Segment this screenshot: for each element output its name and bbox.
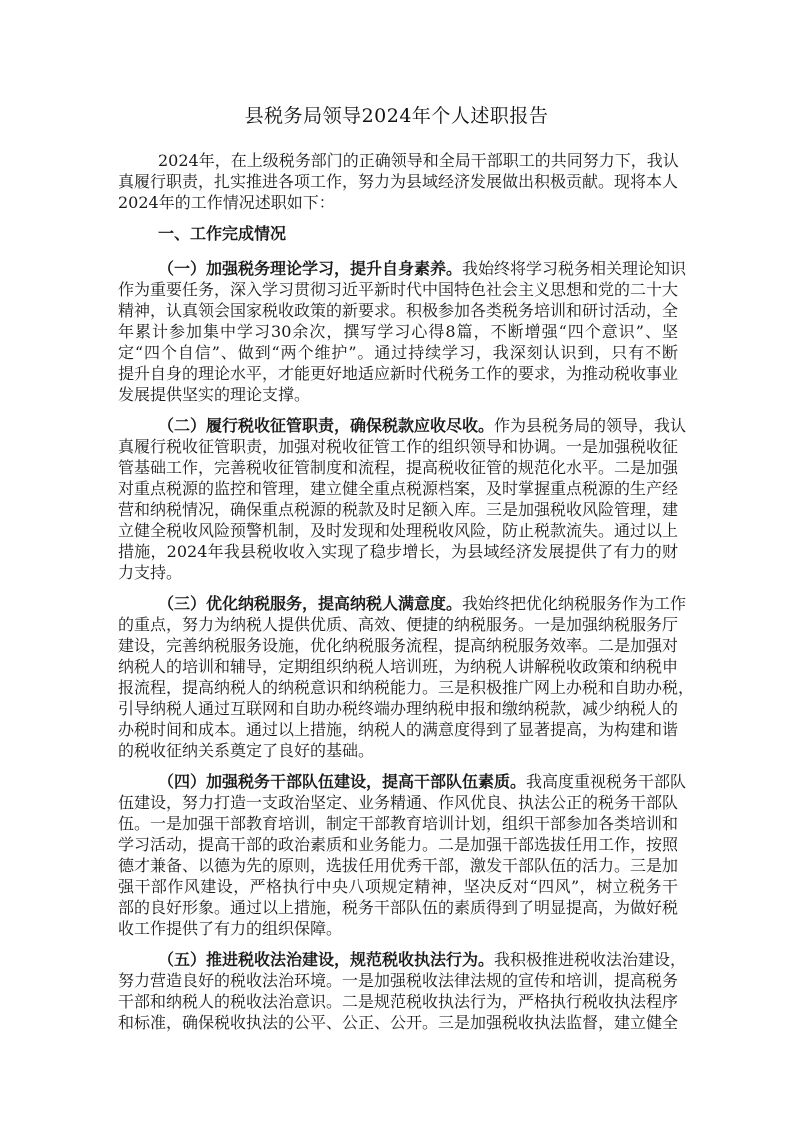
item-heading: （一）加强税务理论学习，提升自身素养。: [158, 259, 462, 278]
text-line: 年累计参加集中学习30余次，撰写学习心得8篇，不断增强“四个意识”、坚: [118, 321, 678, 342]
text-line: （四）加强税务干部队伍建设，提高干部队伍素质。我高度重视税务干部队: [118, 771, 678, 792]
text-line: 纳税人的培训和辅导，定期组织纳税人培训班，为纳税人讲解税收政策和纳税申: [118, 656, 678, 677]
text-line: 力支持。: [118, 562, 678, 583]
item-paragraph-3: （三）优化纳税服务，提高纳税人满意度。我始终把优化纳税服务作为工作 的重点，努力…: [118, 593, 678, 761]
text-line: 管基础工作，完善税收征管制度和流程，提高税收征管的规范化水平。二是加强: [118, 457, 678, 478]
item-text: 我高度重视税务干部队: [526, 772, 686, 791]
text-line: 强干部作风建设，严格执行中央八项规定精神，坚决反对“四风”，树立税务干: [118, 876, 678, 897]
document-body: 2024年，在上级税务部门的正确领导和全局干部职工的共同努力下，我认 真履行职责…: [118, 150, 678, 1043]
text-line: 2024年，在上级税务部门的正确领导和全局干部职工的共同努力下，我认: [118, 150, 678, 171]
text-line: 学习活动，提高干部的政治素质和业务能力。二是加强干部选拔任用工作，按照: [118, 834, 678, 855]
text-line: 2024年的工作情况述职如下：: [118, 192, 678, 213]
item-text: 作为县税务局的领导，我认: [494, 416, 686, 435]
item-paragraph-2: （二）履行税收征管职责，确保税款应收尽收。作为县税务局的领导，我认 真履行税收征…: [118, 415, 678, 583]
intro-paragraph: 2024年，在上级税务部门的正确领导和全局干部职工的共同努力下，我认 真履行职责…: [118, 150, 678, 213]
text-line: 办税时间和成本。通过以上措施，纳税人的满意度得到了显著提高，为构建和谐: [118, 719, 678, 740]
text-line: 努力营造良好的税收法治环境。一是加强税收法律法规的宣传和培训，提高税务: [118, 970, 678, 991]
text-line: 真履行职责，扎实推进各项工作，努力为县域经济发展做出积极贡献。现将本人: [118, 171, 678, 192]
text-line: 对重点税源的监控和管理，建立健全重点税源档案，及时掌握重点税源的生产经: [118, 478, 678, 499]
text-line: 立健全税收风险预警机制，及时发现和处理税收风险，防止税款流失。通过以上: [118, 520, 678, 541]
text-line: 德才兼备、以德为先的原则，选拔任用优秀干部，激发干部队伍的活力。三是加: [118, 855, 678, 876]
text-line: （三）优化纳税服务，提高纳税人满意度。我始终把优化纳税服务作为工作: [118, 593, 678, 614]
text-line: 报流程，提高纳税人的纳税意识和纳税能力。三是积极推广网上办税和自助办税，: [118, 677, 678, 698]
text-line: 提升自身的理论水平，才能更好地适应新时代税务工作的要求，为推动税收事业: [118, 363, 678, 384]
item-paragraph-1: （一）加强税务理论学习，提升自身素养。我始终将学习税务相关理论知识 作为重要任务…: [118, 258, 678, 405]
section-heading: 一、工作完成情况: [118, 223, 678, 244]
item-paragraph-4: （四）加强税务干部队伍建设，提高干部队伍素质。我高度重视税务干部队 伍建设，努力…: [118, 771, 678, 939]
text-line: 措施，2024年我县税收收入实现了稳步增长，为县域经济发展提供了有力的财: [118, 541, 678, 562]
text-line: 的重点，努力为纳税人提供优质、高效、便捷的纳税服务。一是加强纳税服务厅: [118, 614, 678, 635]
text-line: 营和纳税情况，确保重点税源的税款及时足额入库。三是加强税收风险管理，建: [118, 499, 678, 520]
text-line: 精神，认真领会国家税收政策的新要求。积极参加各类税务培训和研讨活动，全: [118, 300, 678, 321]
item-text: 我始终将学习税务相关理论知识: [462, 259, 686, 278]
text-line: 干部和纳税人的税收法治意识。二是规范税收执法行为，严格执行税收执法程序: [118, 991, 678, 1012]
document-title: 县税务局领导2024年个人述职报告: [0, 104, 793, 128]
item-text: 我始终把优化纳税服务作为工作: [462, 594, 686, 613]
text-line: 和标准，确保税收执法的公平、公正、公开。三是加强税收执法监督，建立健全: [118, 1012, 678, 1033]
text-line: 定“四个自信”、做到“两个维护”。通过持续学习，我深刻认识到，只有不断: [118, 342, 678, 363]
item-paragraph-5: （五）推进税收法治建设，规范税收执法行为。我积极推进税收法治建设， 努力营造良好…: [118, 949, 678, 1033]
item-heading: （五）推进税收法治建设，规范税收执法行为。: [158, 950, 494, 969]
text-line: 收工作提供了有力的组织保障。: [118, 918, 678, 939]
item-text: 我积极推进税收法治建设，: [494, 950, 686, 969]
text-line: 部的良好形象。通过以上措施，税务干部队伍的素质得到了明显提高，为做好税: [118, 897, 678, 918]
text-line: 伍。一是加强干部教育培训，制定干部教育培训计划，组织干部参加各类培训和: [118, 813, 678, 834]
text-line: 作为重要任务，深入学习贯彻习近平新时代中国特色社会主义思想和党的二十大: [118, 279, 678, 300]
item-heading: （二）履行税收征管职责，确保税款应收尽收。: [158, 416, 494, 435]
text-line: （二）履行税收征管职责，确保税款应收尽收。作为县税务局的领导，我认: [118, 415, 678, 436]
text-line: 发展提供坚实的理论支撑。: [118, 384, 678, 405]
text-line: （一）加强税务理论学习，提升自身素养。我始终将学习税务相关理论知识: [118, 258, 678, 279]
text-line: 伍建设，努力打造一支政治坚定、业务精通、作风优良、执法公正的税务干部队: [118, 792, 678, 813]
text-line: 引导纳税人通过互联网和自助办税终端办理纳税申报和缴纳税款，减少纳税人的: [118, 698, 678, 719]
text-line: 的税收征纳关系奠定了良好的基础。: [118, 740, 678, 761]
text-line: （五）推进税收法治建设，规范税收执法行为。我积极推进税收法治建设，: [118, 949, 678, 970]
item-heading: （四）加强税务干部队伍建设，提高干部队伍素质。: [158, 772, 526, 791]
item-heading: （三）优化纳税服务，提高纳税人满意度。: [158, 594, 462, 613]
text-line: 真履行税收征管职责，加强对税收征管工作的组织领导和协调。一是加强税收征: [118, 436, 678, 457]
document-page: 县税务局领导2024年个人述职报告 2024年，在上级税务部门的正确领导和全局干…: [0, 0, 793, 1122]
text-line: 建设，完善纳税服务设施，优化纳税服务流程，提高纳税服务效率。二是加强对: [118, 635, 678, 656]
